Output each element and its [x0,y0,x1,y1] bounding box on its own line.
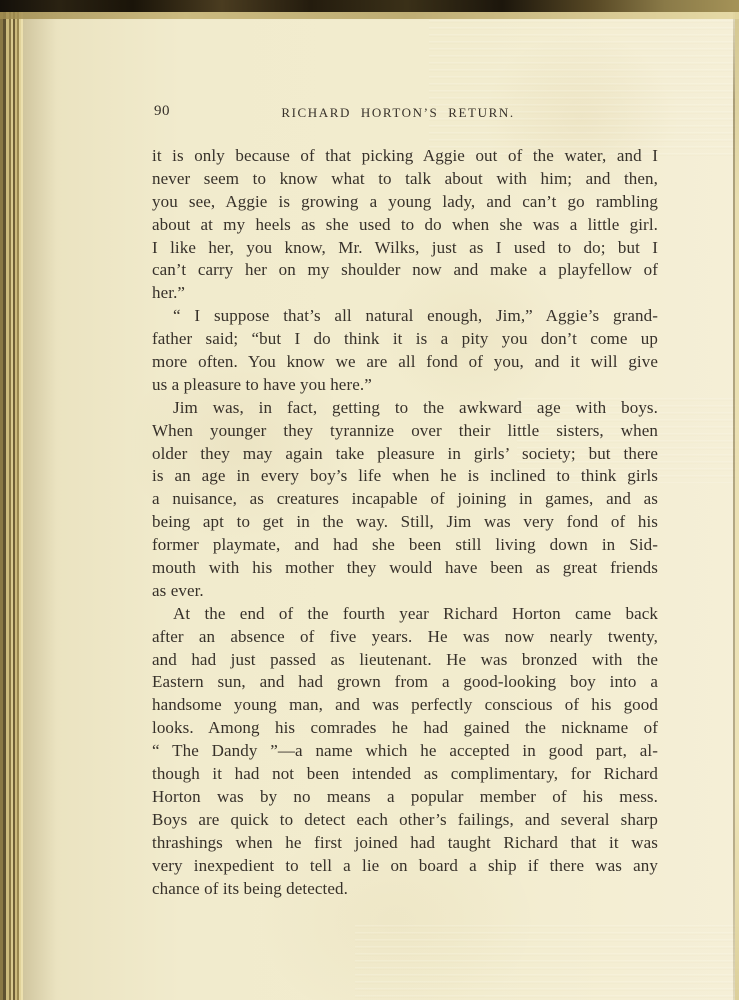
text-line: I like her, you know, Mr. Wilks, just as… [152,237,658,260]
text-line: though it had not been intended as compl… [152,763,658,786]
page-right-edge [735,0,739,1000]
paragraph: Jim was, in fact, getting to the awkward… [152,397,658,603]
text-line: more often. You know we are all fond of … [152,351,658,374]
text-line: after an absence of five years. He was n… [152,626,658,649]
book-top-edge [0,0,739,12]
text-line: her.” [152,282,658,305]
text-line: us a pleasure to have you here.” [152,374,658,397]
text-line: “ I suppose that’s all natural enough, J… [152,305,658,328]
book-top-edge-highlight [0,12,739,19]
text-line: thrashings when he first joined had taug… [152,832,658,855]
text-line: as ever. [152,580,658,603]
text-block: it is only because of that picking Aggie… [152,145,658,900]
text-line: Jim was, in fact, getting to the awkward… [152,397,658,420]
paragraph: it is only because of that picking Aggie… [152,145,658,305]
text-line: about at my heels as she used to do when… [152,214,658,237]
text-line: At the end of the fourth year Richard Ho… [152,603,658,626]
page-crease-line [733,0,735,1000]
text-line: you see, Aggie is growing a young lady, … [152,191,658,214]
text-line: older they may again take pleasure in gi… [152,443,658,466]
text-line: it is only because of that picking Aggie… [152,145,658,168]
text-line: very inexpedient to tell a lie on board … [152,855,658,878]
text-line: Eastern sun, and had grown from a good-l… [152,671,658,694]
text-line: mouth with his mother they would have be… [152,557,658,580]
running-title: RICHARD HORTON’S RETURN. [152,105,644,121]
text-line: never seem to know what to talk about wi… [152,168,658,191]
paragraph: At the end of the fourth year Richard Ho… [152,603,658,901]
book-left-page-edges [0,0,23,1000]
binding-shadow [23,0,57,1000]
text-line: being apt to get in the way. Still, Jim … [152,511,658,534]
book-scan-page: 90 RICHARD HORTON’S RETURN. it is only b… [0,0,739,1000]
text-line: a nuisance, as creatures incapable of jo… [152,488,658,511]
text-line: is an age in every boy’s life when he is… [152,465,658,488]
paragraph: “ I suppose that’s all natural enough, J… [152,305,658,397]
text-line: former playmate, and had she been still … [152,534,658,557]
text-line: looks. Among his comrades he had gained … [152,717,658,740]
text-line: can’t carry her on my shoulder now and m… [152,259,658,282]
page-header: 90 RICHARD HORTON’S RETURN. [152,103,658,123]
text-line: Boys are quick to detect each other’s fa… [152,809,658,832]
text-line: “ The Dandy ”—a name which he accepted i… [152,740,658,763]
text-line: and had just passed as lieutenant. He wa… [152,649,658,672]
text-line: Horton was by no means a popular member … [152,786,658,809]
text-line: chance of its being detected. [152,878,658,901]
text-line: When younger they tyrannize over their l… [152,420,658,443]
text-line: handsome young man, and was perfectly co… [152,694,658,717]
text-line: father said; “but I do think it is a pit… [152,328,658,351]
page-content: 90 RICHARD HORTON’S RETURN. it is only b… [152,103,658,900]
